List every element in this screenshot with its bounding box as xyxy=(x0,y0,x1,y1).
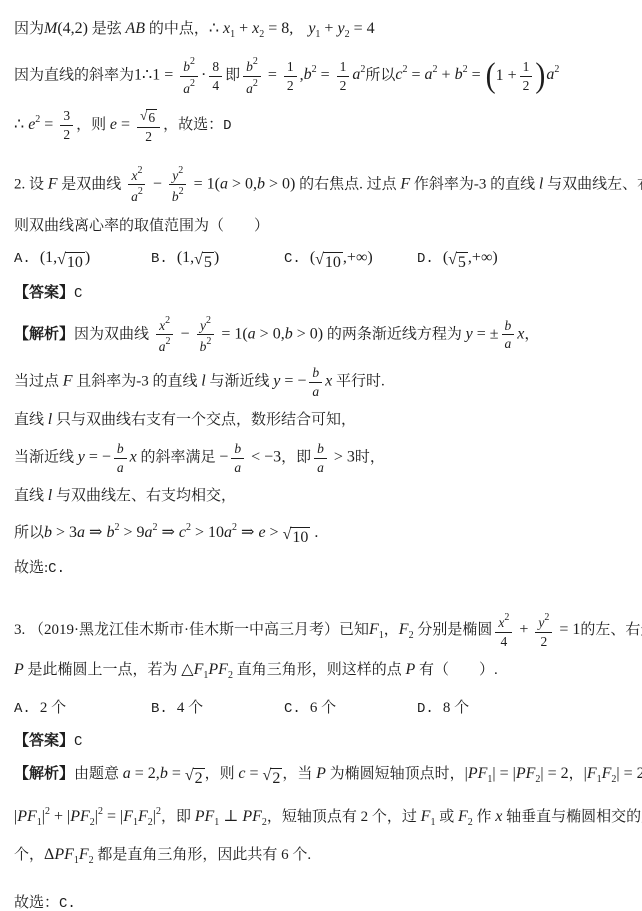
fraction: ba xyxy=(231,441,244,475)
fraction: x2a2 xyxy=(156,315,174,355)
option-label: A. xyxy=(14,701,31,717)
q3-options-c: C.6 个 xyxy=(284,697,417,720)
radical: √2 xyxy=(263,768,283,788)
option-label: B. xyxy=(151,701,168,717)
q2-solution-line3: 直线 l 只与双曲线右支有一个交点，数形结合可知， xyxy=(14,409,628,431)
fraction: 32 xyxy=(60,108,73,142)
q2-solution-line4: 当渐近线 y = −bax 的斜率满足 −ba < −3，即ba > 3时， xyxy=(14,441,628,475)
fraction: ba xyxy=(309,365,322,399)
radical: √10 xyxy=(283,527,311,547)
q3-solution-line2: |PF1|2 + |PF2|2 = |F1F2|2，即 PF1 ⊥ PF2，短轴… xyxy=(14,801,628,834)
q3-stem-line2: P 是此椭圆上一点，若为 △F1PF2 直角三角形，则这样的点 P 有（ ）. xyxy=(14,659,628,687)
fraction: ba xyxy=(114,441,127,475)
q2-solution-line1: 【解析】因为双曲线 x2a2 − y2b2 = 1(a > 0,b > 0) 的… xyxy=(14,315,628,355)
fraction: x24 xyxy=(495,612,512,649)
fraction: ba xyxy=(314,441,327,475)
q2-options-a: A.(1,√10) xyxy=(14,247,151,272)
q2-answer: 【答案】C xyxy=(14,282,628,305)
document-page: 因为M(4,2) 是弦 AB 的中点，∴ x1 + x2 = 8, y1 + y… xyxy=(0,0,642,911)
fraction: y22 xyxy=(535,612,552,649)
q2-options-b: B.(1,√5) xyxy=(151,247,284,272)
option-label: D. xyxy=(417,701,434,717)
fraction: y2b2 xyxy=(197,315,215,355)
fraction: 12 xyxy=(337,59,350,93)
q2-solution-line6: 所以b > 3a ⇒ b2 > 9a2 ⇒ c2 > 10a2 ⇒ e > √1… xyxy=(14,517,628,547)
radical: √10 xyxy=(57,252,85,272)
q2-solution-line2: 当过点 F 且斜率为-3 的直线 l 与渐近线 y = −bax 平行时. xyxy=(14,365,628,399)
option-label: B. xyxy=(151,251,168,267)
q3-options-b: B.4 个 xyxy=(151,697,284,720)
radical: √5 xyxy=(448,252,468,272)
q2-conclusion: 故选:C. xyxy=(14,557,628,580)
q2-solution-line5: 直线 l 与双曲线左、右支均相交， xyxy=(14,485,628,507)
fraction: ba xyxy=(502,318,515,352)
option-label: D. xyxy=(417,251,434,267)
fraction: 84 xyxy=(209,59,222,93)
fraction: 12 xyxy=(520,59,533,93)
fraction: 12 xyxy=(284,59,297,93)
q3-conclusion: 故选：C. xyxy=(14,892,628,911)
fraction: y2b2 xyxy=(169,165,187,205)
radical: √6 xyxy=(140,109,157,126)
q1-solution-line3: ∴ e2 = 32，则 e = √62，故选：D xyxy=(14,106,628,145)
fraction: x2a2 xyxy=(128,165,146,205)
q3-stem-line1: 3. （2019·黑龙江佳木斯市·佳木斯一中高三月考）已知F1，F2 分别是椭圆… xyxy=(14,612,628,649)
q3-answer: 【答案】C xyxy=(14,730,628,753)
q1-solution-line1: 因为M(4,2) 是弦 AB 的中点，∴ x1 + x2 = 8, y1 + y… xyxy=(14,18,628,46)
tall-parentheses: (1 + 12) xyxy=(486,59,546,93)
radical: √10 xyxy=(315,252,343,272)
q2-options-c: C.(√10,+∞) xyxy=(284,247,417,272)
math-solutions-document: 因为M(4,2) 是弦 AB 的中点，∴ x1 + x2 = 8, y1 + y… xyxy=(14,18,628,911)
fraction: b2a2 xyxy=(180,56,198,96)
fraction: b2a2 xyxy=(243,56,261,96)
fraction: √62 xyxy=(137,106,160,145)
radical: √2 xyxy=(185,768,205,788)
q3-options-a: A.2 个 xyxy=(14,697,151,720)
q2-stem-line2: 则双曲线离心率的取值范围为（ ） xyxy=(14,215,628,237)
q2-stem-line1: 2. 设 F 是双曲线 x2a2 − y2b2 = 1(a > 0,b > 0)… xyxy=(14,165,628,205)
q2-options-d: D.(√5,+∞) xyxy=(417,247,628,272)
q3-options-d: D.8 个 xyxy=(417,697,628,720)
q3-options: A.2 个B.4 个C.6 个D.8 个 xyxy=(14,697,628,720)
option-label: A. xyxy=(14,251,31,267)
option-label: C. xyxy=(284,251,301,267)
q3-solution-line3: 个，ΔPF1F2 都是直角三角形，因此共有 6 个. xyxy=(14,844,628,872)
q3-solution-line1: 【解析】由题意 a = 2,b = √2，则 c = √2，当 P 为椭圆短轴顶… xyxy=(14,763,628,791)
option-label: C. xyxy=(284,701,301,717)
radical: √5 xyxy=(194,252,214,272)
q1-solution-line2: 因为直线的斜率为1∴1 = b2a2·84即b2a2 = 12,b2 = 12a… xyxy=(14,56,628,96)
q2-options: A.(1,√10)B.(1,√5)C.(√10,+∞)D.(√5,+∞) xyxy=(14,247,628,272)
